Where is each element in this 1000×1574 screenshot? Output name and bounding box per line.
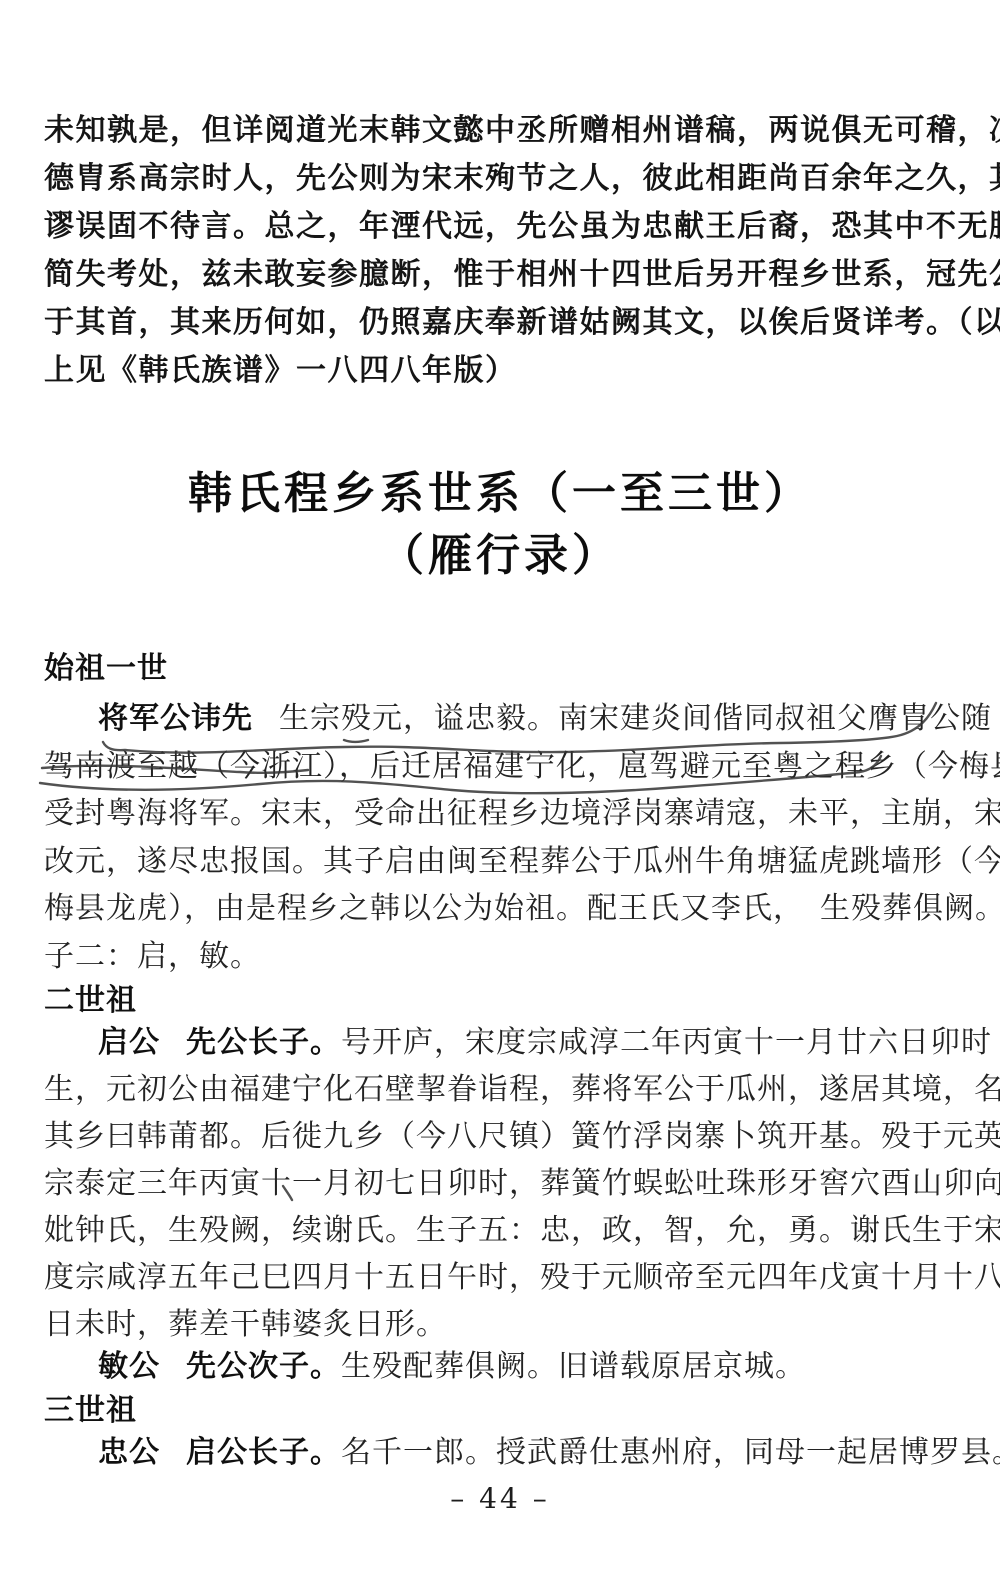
page-number: – 44 – (0, 1482, 1000, 1515)
ancestor-title: 先公长子。 (186, 1025, 341, 1060)
entry-line: 启公先公长子。号开庐，宋度宗咸淳二年丙寅十一月廿六日卯时 (44, 1024, 958, 1062)
chapter-subtitle: （雁行录） (0, 530, 1000, 582)
entry-line: 敏公先公次子。生殁配葬俱阙。旧谱载原居京城。 (44, 1348, 958, 1386)
entry-line: 受封粤海将军。宋末，受命出征程乡边境浮岗寨靖寇，未平，主崩，宋 (44, 795, 958, 833)
intro-line: 于其首，其来历何如，仍照嘉庆奉新谱姑阙其文，以俟后贤详考。（以 (44, 304, 958, 342)
ancestor-name: 忠公 (98, 1435, 160, 1470)
handwritten-dash (344, 740, 368, 742)
entry-text: 号开庐，宋度宗咸淳二年丙寅十一月廿六日卯时 (341, 1025, 992, 1060)
entry-text: 生宗殁元，谥忠毅。南宋建炎间偕同叔祖父膺胄公随 (279, 701, 992, 736)
chapter-title: 韩氏程乡系世系（一至三世） (0, 468, 1000, 520)
intro-line: 上见《韩氏族谱》一八四八年版） (44, 352, 958, 390)
entry-line: 其乡曰韩莆都。后徙九乡（今八尺镇）簧竹浮岗寨卜筑开基。殁于元英 (44, 1118, 958, 1156)
entry-line: 度宗咸淳五年己巳四月十五日午时，殁于元顺帝至元四年戊寅十月十八 (44, 1259, 958, 1297)
entry-line: 妣钟氏，生殁阙，续谢氏。生子五：忠，政，智，允，勇。谢氏生于宋 (44, 1212, 958, 1250)
section-header-gen3: 三世祖 (44, 1392, 137, 1430)
entry-line: 忠公启公长子。名千一郎。授武爵仕惠州府，同母一起居博罗县。 (44, 1434, 958, 1472)
entry-text: 名千一郎。授武爵仕惠州府，同母一起居博罗县。 (341, 1435, 1000, 1470)
intro-line: 德胄系高宗时人，先公则为宋末殉节之人，彼此相距尚百余年之久，其 (44, 160, 958, 198)
scanned-genealogy-page: 未知孰是，但详阅道光末韩文懿中丞所赠相州谱稿，两说俱无可稽，况 德胄系高宗时人，… (0, 0, 1000, 1574)
entry-line: 梅县龙虎），由是程乡之韩以公为始祖。配王氏又李氏， 生殁葬俱阙。 (44, 890, 958, 928)
entry-line: 日未时，葬差干韩婆炙日形。 (44, 1306, 958, 1344)
section-header-gen2: 二世祖 (44, 982, 137, 1020)
entry-line: 驾南渡至越（今浙江），后迁居福建宁化，扈驾避元至粤之程乡（今梅县）， (44, 748, 958, 786)
entry-text: 生殁配葬俱阙。旧谱载原居京城。 (341, 1349, 806, 1384)
ancestor-name: 将军公讳先 (98, 701, 253, 736)
ancestor-name: 敏公 (98, 1349, 160, 1384)
ancestor-title: 先公次子。 (186, 1349, 341, 1384)
ancestor-title: 启公长子。 (186, 1435, 341, 1470)
entry-line: 宗泰定三年丙寅十一月初七日卯时，葬簧竹蜈蚣吐珠形牙窖穴酉山卯向， (44, 1165, 958, 1203)
entry-line: 子二：启，敏。 (44, 938, 958, 976)
intro-line: 未知孰是，但详阅道光末韩文懿中丞所赠相州谱稿，两说俱无可稽，况 (44, 112, 958, 150)
ancestor-name: 启公 (98, 1025, 160, 1060)
section-header-gen1: 始祖一世 (44, 650, 168, 688)
entry-line: 将军公讳先生宗殁元，谥忠毅。南宋建炎间偕同叔祖父膺胄公随 (44, 700, 958, 738)
entry-line: 改元，遂尽忠报国。其子启由闽至程葬公于瓜州牛角塘猛虎跳墙形（今 (44, 843, 958, 881)
intro-line: 简失考处，兹未敢妄参臆断，惟于相州十四世后另开程乡世系，冠先公 (44, 256, 958, 294)
entry-line: 生，元初公由福建宁化石壁挈眷诣程，葬将军公于瓜州，遂居其境，名 (44, 1071, 958, 1109)
intro-line: 谬误固不待言。总之，年湮代远，先公虽为忠献王后裔，恐其中不无脱 (44, 208, 958, 246)
